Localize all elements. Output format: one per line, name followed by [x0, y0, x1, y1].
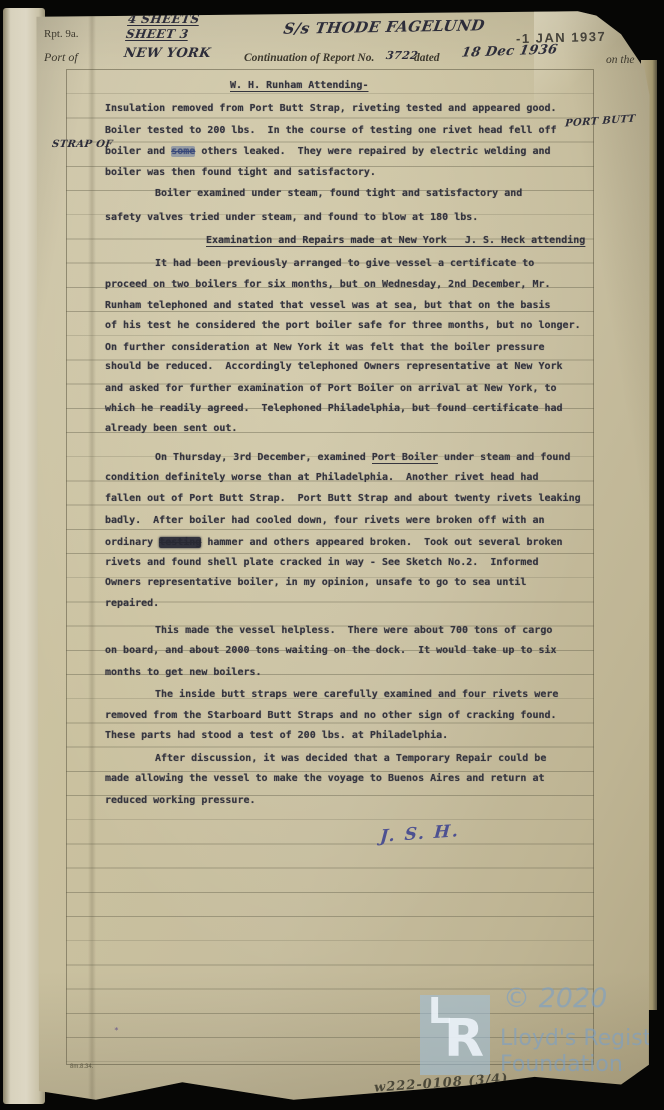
- line-segment: hammer and others appeared broken. Took …: [201, 537, 562, 548]
- report-line: On Thursday, 3rd December, examined Port…: [105, 452, 570, 463]
- report-line: Boiler tested to 200 lbs. In the course …: [105, 125, 557, 136]
- line-segment: ordinary: [105, 537, 159, 548]
- line-segment: under steam and found: [438, 452, 570, 463]
- continuation-label: Continuation of Report No.: [244, 52, 374, 64]
- report-line: which he readily agreed. Telephoned Phil…: [105, 403, 563, 414]
- report-form-label: Rpt. 9a.: [44, 28, 79, 40]
- line-segment: On Thursday, 3rd December, examined: [155, 452, 372, 463]
- report-line: reduced working pressure.: [105, 795, 256, 806]
- report-line: Insulation removed from Port Butt Strap,…: [105, 103, 557, 114]
- report-line: repaired.: [105, 598, 159, 609]
- report-line: These parts had stood a test of 200 lbs.…: [105, 730, 448, 741]
- report-line: months to get new boilers.: [105, 667, 262, 678]
- attending-heading: W. H. Runham Attending-: [230, 80, 368, 91]
- report-line: proceed on two boilers for six months, b…: [105, 279, 551, 290]
- foundation-watermark-line2: Foundation: [500, 1052, 623, 1077]
- report-line: rivets and found shell plate cracked in …: [105, 557, 538, 568]
- pencil-reference: w222-0108 (3/4): [374, 1071, 509, 1095]
- underlined-phrase: Port Boiler: [372, 452, 438, 464]
- scanned-document: Rpt. 9a. 4 SHEETS SHEET 3 S/s THODE FAGE…: [0, 0, 664, 1110]
- report-line: already been sent out.: [105, 423, 237, 434]
- dated-label: dated: [414, 52, 440, 64]
- report-line: badly. After boiler had cooled down, fou…: [105, 515, 545, 526]
- report-line: ordinary testing hammer and others appea…: [105, 537, 563, 548]
- vessel-name-handwritten: S/s THODE FAGELUND: [282, 16, 486, 37]
- report-page: Rpt. 9a. 4 SHEETS SHEET 3 S/s THODE FAGE…: [34, 8, 652, 1102]
- report-line: safety valves tried under steam, and fou…: [105, 212, 478, 223]
- report-line: On further consideration at New York it …: [105, 342, 545, 353]
- report-line: boiler and some others leaked. They were…: [105, 146, 551, 157]
- report-line: The inside butt straps were carefully ex…: [105, 689, 558, 700]
- copyright-watermark: © 2020: [503, 983, 607, 1014]
- report-line: It had been previously arranged to give …: [105, 258, 534, 269]
- report-line: Owners representative boiler, in my opin…: [105, 577, 526, 588]
- report-line: Runham telephoned and stated that vessel…: [105, 300, 551, 311]
- lr-logo: L R: [420, 995, 490, 1075]
- report-line: Boiler examined under steam, found tight…: [105, 188, 522, 199]
- report-line: After discussion, it was decided that a …: [105, 753, 546, 764]
- report-line: made allowing the vessel to make the voy…: [105, 773, 545, 784]
- print-code: 8m.8.34.: [70, 1064, 93, 1070]
- sheets-note-line2: SHEET 3: [125, 27, 190, 41]
- ink-mark: *: [114, 1026, 119, 1035]
- report-line: on board, and about 2000 tons waiting on…: [105, 645, 557, 656]
- report-line: fallen out of Port Butt Strap. Port Butt…: [105, 493, 581, 504]
- line-segment: others leaked. They were repaired by ele…: [195, 146, 550, 157]
- report-line: should be reduced. Accordingly telephone…: [105, 361, 563, 372]
- struck-out-word: testing: [159, 537, 201, 548]
- report-line: removed from the Starboard Butt Straps a…: [105, 710, 557, 721]
- sheets-note-line1: 4 SHEETS: [127, 12, 201, 26]
- struck-out-word: some: [171, 146, 195, 157]
- port-name-handwritten: NEW YORK: [123, 46, 212, 61]
- examination-heading: Examination and Repairs made at New York…: [206, 235, 585, 246]
- lr-logo-letter-r: R: [444, 1009, 484, 1069]
- report-line: boiler was then found tight and satisfac…: [105, 167, 376, 178]
- foundation-watermark-line1: Lloyd's Register: [500, 1026, 664, 1051]
- report-line: This made the vessel helpless. There wer…: [105, 625, 552, 636]
- port-of-label: Port of: [44, 50, 78, 65]
- line-segment: boiler and: [105, 146, 171, 157]
- on-the-label: on the: [606, 54, 634, 66]
- report-line: of his test he considered the port boile…: [105, 320, 581, 331]
- report-line: and asked for further examination of Por…: [105, 383, 557, 394]
- report-line: condition definitely worse than at Phila…: [105, 472, 538, 483]
